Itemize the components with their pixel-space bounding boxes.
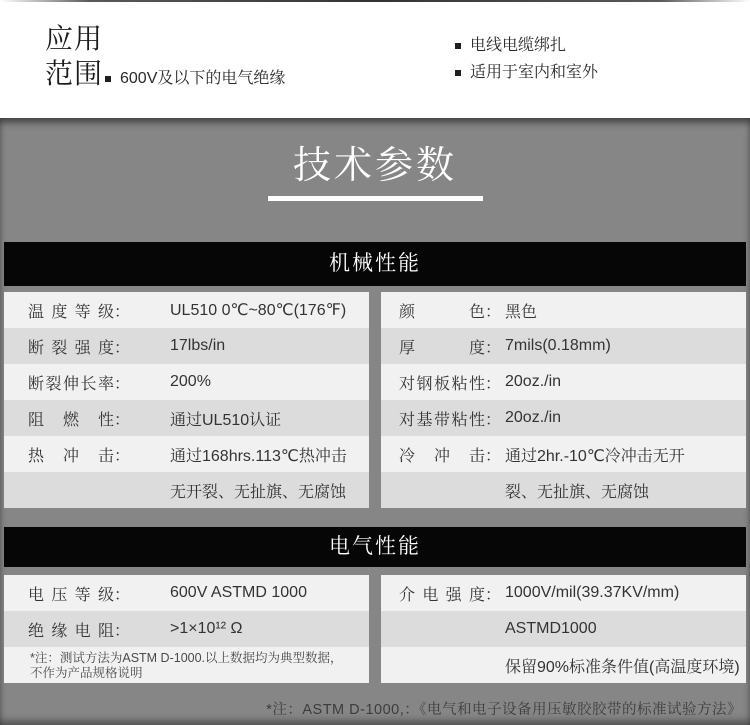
row-value: 通过2hr.-10℃冷冲击无开 [505, 443, 685, 466]
row-label: 热冲击 [28, 443, 114, 466]
table-row: 电压等级： 600V ASTMD 1000 [4, 575, 369, 611]
application-range-section: 应用 范围 600V及以下的电气绝缘 电线电缆绑扎 适用于室内和室外 [0, 0, 750, 118]
row-colon: ： [485, 376, 501, 393]
row-colon: ： [485, 587, 501, 604]
row-colon: ： [114, 304, 130, 321]
astm-footnote: *注：ASTM D-1000,：《电气和电子设备用压敏胶胶带的标准试验方法》 [0, 698, 750, 719]
row-label: 冷冲击 [399, 443, 485, 466]
table-row: 无开裂、无扯旗、无腐蚀 [4, 472, 369, 508]
table-row: 对钢板粘性： 20oz./in [381, 364, 746, 400]
square-bullet-icon [105, 76, 111, 82]
row-colon: ： [114, 412, 130, 429]
top-divider-line [0, 0, 750, 2]
row-label: 阻燃性 [28, 407, 114, 430]
row-value: 通过168hrs.113℃热冲击 [170, 443, 347, 466]
row-value: >1×10¹² Ω [170, 620, 242, 638]
bullet-text: 600V及以下的电气绝缘 [120, 70, 285, 87]
row-colon: ： [114, 448, 130, 465]
row-value: 1000V/mil(39.37KV/mm) [505, 584, 679, 602]
bullet-item: 600V及以下的电气绝缘 [105, 70, 285, 87]
row-value: 通过UL510认证 [170, 407, 281, 430]
technical-parameters-section: 技术参数 机械性能 温度等级： UL510 0℃~80℃(176℉) 断裂强度：… [0, 118, 750, 725]
title-underline [268, 196, 483, 201]
table-row: 裂、无扯旗、无腐蚀 [381, 472, 746, 508]
table-note-row: *注：测试方法为ASTM D-1000.以上数据均为典型数据， 不作为产品规格说… [4, 647, 369, 683]
table-row: 颜色： 黑色 [381, 292, 746, 328]
row-colon: ： [114, 376, 130, 393]
row-value: 20oz./in [505, 373, 561, 391]
note-line-1: *注：测试方法为ASTM D-1000.以上数据均为典型数据， [30, 651, 369, 666]
table-row: 绝缘电阻： >1×10¹² Ω [4, 611, 369, 647]
application-bullets-left: 600V及以下的电气绝缘 [105, 70, 285, 87]
row-value: 17lbs/in [170, 337, 225, 355]
row-value: 无开裂、无扯旗、无腐蚀 [170, 479, 346, 502]
table-row: 保留90%标准条件值(高温度环境) [381, 647, 746, 683]
electrical-left-column: 电压等级： 600V ASTMD 1000 绝缘电阻： >1×10¹² Ω *注… [4, 575, 369, 683]
row-value: 20oz./in [505, 409, 561, 427]
row-label: 断裂强度 [28, 335, 114, 358]
electrical-right-column: 介电强度： 1000V/mil(39.37KV/mm) ASTMD1000 保留… [381, 575, 746, 683]
row-colon: ： [114, 587, 130, 604]
row-colon: ： [114, 340, 130, 357]
mechanical-properties-table: 温度等级： UL510 0℃~80℃(176℉) 断裂强度： 17lbs/in … [4, 292, 746, 508]
row-label: 颜色 [399, 299, 485, 322]
square-bullet-icon [455, 70, 461, 76]
row-colon: ： [485, 304, 501, 321]
table-row: 热冲击： 通过168hrs.113℃热冲击 [4, 436, 369, 472]
row-value: ASTMD1000 [505, 620, 597, 638]
row-label: 对基带粘性 [399, 407, 485, 430]
mechanical-right-column: 颜色： 黑色 厚度： 7mils(0.18mm) 对钢板粘性： 20oz./in… [381, 292, 746, 508]
application-bullets-right: 电线电缆绑扎 适用于室内和室外 [455, 37, 598, 91]
mechanical-left-column: 温度等级： UL510 0℃~80℃(176℉) 断裂强度： 17lbs/in … [4, 292, 369, 508]
row-value: 7mils(0.18mm) [505, 337, 611, 355]
row-value: 保留90%标准条件值(高温度环境) [505, 654, 740, 677]
row-colon: ： [485, 340, 501, 357]
heading-line-2: 范围 [45, 56, 103, 91]
row-colon: ： [485, 412, 501, 429]
electrical-properties-table: 电压等级： 600V ASTMD 1000 绝缘电阻： >1×10¹² Ω *注… [4, 575, 746, 683]
row-value: 600V ASTMD 1000 [170, 584, 307, 602]
product-spec-page: 应用 范围 600V及以下的电气绝缘 电线电缆绑扎 适用于室内和室外 技术参数 … [0, 0, 750, 725]
heading-line-1: 应用 [45, 21, 103, 56]
row-label: 介电强度 [399, 582, 485, 605]
table-row: 阻燃性： 通过UL510认证 [4, 400, 369, 436]
technical-parameters-title: 技术参数 [0, 118, 750, 188]
row-label: 温度等级 [28, 299, 114, 322]
row-label: 断裂伸长率 [28, 371, 114, 394]
table-row: 温度等级： UL510 0℃~80℃(176℉) [4, 292, 369, 328]
row-colon: ： [485, 448, 501, 465]
row-value: 裂、无扯旗、无腐蚀 [505, 479, 649, 502]
row-label: 对钢板粘性 [399, 371, 485, 394]
table-row: ASTMD1000 [381, 611, 746, 647]
table-row: 厚度： 7mils(0.18mm) [381, 328, 746, 364]
row-value: UL510 0℃~80℃(176℉) [170, 300, 346, 320]
row-colon: ： [114, 623, 130, 640]
electrical-properties-header: 电气性能 [4, 527, 746, 567]
table-row: 介电强度： 1000V/mil(39.37KV/mm) [381, 575, 746, 611]
row-label: 电压等级 [28, 582, 114, 605]
application-range-heading: 应用 范围 [45, 21, 103, 91]
bullet-item: 适用于室内和室外 [455, 64, 598, 81]
square-bullet-icon [455, 43, 461, 49]
mechanical-properties-header: 机械性能 [4, 242, 746, 286]
row-label: 绝缘电阻 [28, 618, 114, 641]
bullet-text: 电线电缆绑扎 [470, 37, 566, 54]
bullet-text: 适用于室内和室外 [470, 64, 598, 81]
table-row: 冷冲击： 通过2hr.-10℃冷冲击无开 [381, 436, 746, 472]
table-row: 断裂强度： 17lbs/in [4, 328, 369, 364]
bullet-item: 电线电缆绑扎 [455, 37, 598, 54]
row-value: 200% [170, 373, 211, 391]
table-row: 对基带粘性： 20oz./in [381, 400, 746, 436]
table-row: 断裂伸长率： 200% [4, 364, 369, 400]
row-label: 厚度 [399, 335, 485, 358]
row-value: 黑色 [505, 299, 537, 322]
note-line-2: 不作为产品规格说明 [30, 666, 369, 681]
